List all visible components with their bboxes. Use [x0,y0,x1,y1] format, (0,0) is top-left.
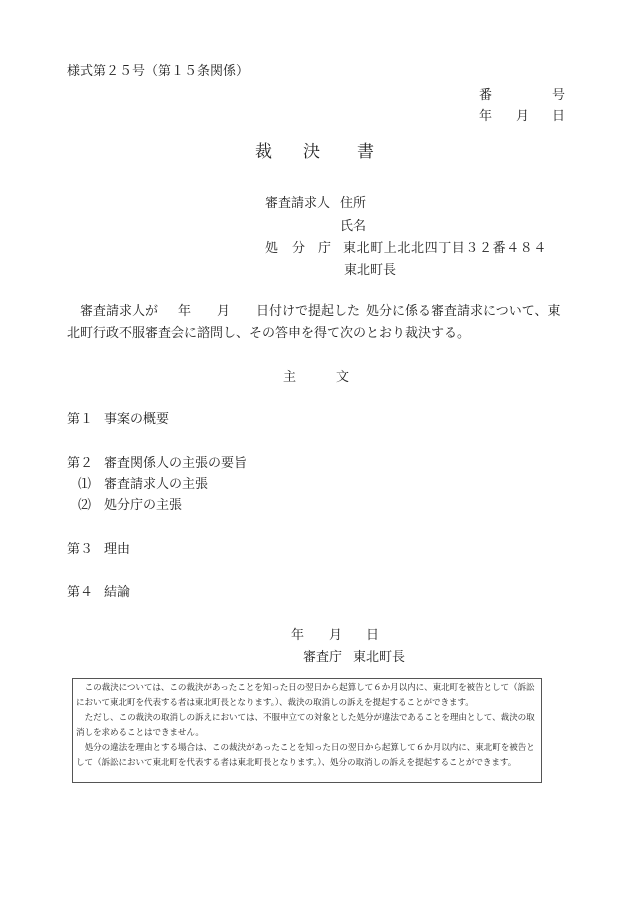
section-number: 第４ [67,585,93,601]
date-year: 年 [479,109,492,125]
date-month: 月 [516,109,529,125]
preamble-month: 月 [217,304,230,320]
authority-name: 東北町長 [353,650,405,666]
subsection-number: ⑴ [78,477,91,493]
section-number: 第２ [67,456,93,472]
signature-day: 日 [366,628,379,644]
preamble-part-1: 審査請求人が [80,304,158,320]
main-heading-char-2: 文 [336,370,349,386]
agency-label-char-3: 庁 [318,241,331,257]
preamble-year: 年 [178,304,191,320]
notice-paragraph: この裁決については、この裁決があったことを知った日の翌日から起算して６か月以内に… [76,681,538,711]
section-title: 結論 [104,585,130,601]
section-title: 理由 [104,542,130,558]
section-title: 事案の概要 [104,412,169,428]
title-char-2: 決 [303,142,320,162]
subsection-number: ⑵ [78,498,91,514]
title-char-3: 書 [357,142,374,162]
subsection-title: 処分庁の主張 [104,498,182,514]
section-title: 審査関係人の主張の要旨 [104,456,247,472]
requester-label: 審査請求人 [265,196,330,212]
preamble-part-5: 処分に係る審査請求について、東 [366,304,560,320]
authority-label: 審査庁 [303,650,342,666]
number-suffix: 号 [552,88,565,104]
subsection-title: 審査請求人の主張 [104,477,208,493]
requester-address-label: 住所 [340,196,366,212]
preamble-line-2: 北町行政不服審査会に諮問し、その答申を得て次のとおり裁決する。 [67,326,470,342]
signature-month: 月 [329,628,342,644]
main-heading-char-1: 主 [283,370,296,386]
agency-name: 東北町長 [344,263,396,279]
agency-label-char-1: 処 [265,241,278,257]
section-number: 第３ [67,542,93,558]
number-prefix: 番 [479,88,492,104]
notice-paragraph: ただし、この裁決の取消しの訴えにおいては、不服申立ての対象とした処分が違法である… [76,711,538,741]
title-char-1: 裁 [255,142,272,162]
appeal-notice-box: この裁決については、この裁決があったことを知った日の翌日から起算して６か月以内に… [72,678,542,783]
agency-label-char-2: 分 [292,241,305,257]
preamble-part-4: 日付けで提起した [256,304,360,320]
agency-address: 東北町上北北四丁目３２番４８４ [343,241,547,257]
form-label: 様式第２５号（第１５条関係） [67,64,249,80]
notice-paragraph: 処分の違法を理由とする場合は、この裁決があったことを知った日の翌日から起算して６… [76,741,538,771]
section-number: 第１ [67,412,93,428]
date-day: 日 [552,109,565,125]
signature-year: 年 [291,628,304,644]
requester-name-label: 氏名 [340,219,366,235]
